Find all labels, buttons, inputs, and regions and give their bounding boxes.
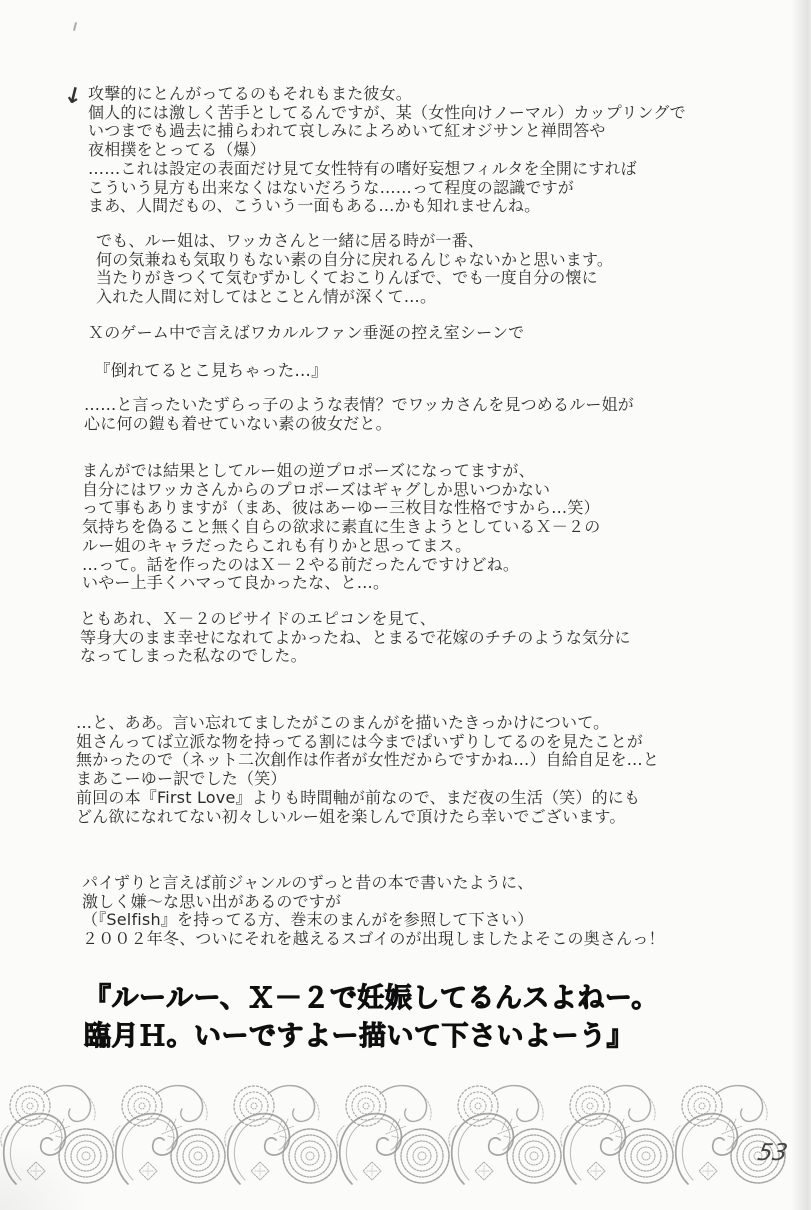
scan-speck [73,22,77,31]
text-line: 心に何の鎧も着せていない素の彼女だと。 [84,415,634,434]
scan-edge-shadow [791,0,811,1210]
headline-line: 臨月Ｈ。いーですよー描いて下さいよーう』 [84,1018,659,1056]
decorative-paisley-border [0,1076,811,1188]
paragraph-5: ……と言ったいたずらっ子のような表情？でワッカさんを見つめるルー姐が 心に何の鎧… [84,396,634,433]
text-line: ……と言ったいたずらっ子のような表情？でワッカさんを見つめるルー姐が [84,396,634,415]
text-line: 自分にはワッカさんからのプロポーズはギャグしか思いつかない [82,481,600,500]
text-line: 個人的には激しく苦手としてるんですが、某（女性向けノーマル）カップリングで [88,104,686,123]
page-number: 53 [756,1140,790,1166]
text-line: でも、ルー姐は、ワッカさんと一緒に居る時が一番、 [96,232,613,251]
text-line: Ｘのゲーム中で言えばワカルルファン垂涎の控え室シーンで [88,324,524,343]
paragraph-2: でも、ルー姐は、ワッカさんと一緒に居る時が一番、 何の気兼ねも気取りもない素の自… [96,232,613,307]
paragraph-9: パイずりと言えば前ジャンルのずっと昔の本で書いたように、 激しく嫌〜な思い出があ… [82,874,665,949]
text-line: 前回の本『First Love』よりも時間軸が前なので、まだ夜の生活（笑）的にも [76,789,659,808]
text-line: ともあれ、Ｘ－２のビサイドのエピコンを見て、 [80,610,631,629]
text-line: （『Selfish』を持ってる方、巻末のまんがを参照して下さい） [82,911,665,930]
headline-line: 『ルールー、Ｘ－２で妊娠してるんスよねー。 [84,980,659,1018]
text-line: ２００２年冬、ついにそれを越えるスゴイのが出現しましたよそこの奥さんっ！ [82,930,665,949]
text-line: いつまでも過去に捕らわれて哀しみによろめいて紅オジサンと禅問答や [88,122,686,141]
text-line: まあ、人間だもの、こういう一面もある…かも知れませんね。 [88,197,686,216]
text-line: 入れた人間に対してはとことん情が深くて…。 [96,288,613,307]
text-line: まあこーゆー訳でした（笑） [76,770,659,789]
text-line: いやー上手くハマって良かったな、と…。 [82,574,600,593]
paragraph-7: ともあれ、Ｘ－２のビサイドのエピコンを見て、 等身大のまま幸せになれてよかったね… [80,610,631,666]
text-line: パイずりと言えば前ジャンルのずっと昔の本で書いたように、 [82,874,665,893]
text-line: ……これは設定の表面だけ見て女性特有の嗜好妄想フィルタを全開にすれば [88,160,686,179]
text-line: こういう見方も出来なくはないだろうな……って程度の認識ですが [88,179,686,198]
paragraph-4-quote: 『倒れてるとこ見ちゃった…』 [94,362,328,381]
text-line: 等身大のまま幸せになれてよかったね、とまるで花嫁のチチのような気分に [80,629,631,648]
text-line: ルー姐のキャラだったらこれも有りかと思ってまス。 [82,537,600,556]
down-arrow-mark: ↓ [61,82,85,111]
text-line: …って。話を作ったのはＸ－２やる前だったんですけどね。 [82,556,600,575]
text-line: どん欲になれてない初々しいルー姐を楽しんで頂けたら幸いでございます。 [76,808,659,827]
paragraph-3: Ｘのゲーム中で言えばワカルルファン垂涎の控え室シーンで [88,324,524,343]
text-line: 夜相撲をとってる（爆） [88,141,686,160]
text-line: まんがでは結果としてルー姐の逆プロポーズになってますが、 [82,462,600,481]
text-line: …と、ああ。言い忘れてましたがこのまんがを描いたきっかけについて。 [76,714,659,733]
text-line: 激しく嫌〜な思い出があるのですが [82,893,665,912]
scanned-afterword-page: ↓ 攻撃的にとんがってるのもそれもまた彼女。 個人的には激しく苦手としてるんです… [0,0,811,1210]
headline-quote: 『ルールー、Ｘ－２で妊娠してるんスよねー。 臨月Ｈ。いーですよー描いて下さいよー… [84,980,659,1056]
paisley-border-graphic [0,1076,811,1188]
text-line: 攻撃的にとんがってるのもそれもまた彼女。 [88,85,686,104]
paragraph-6: まんがでは結果としてルー姐の逆プロポーズになってますが、 自分にはワッカさんから… [82,462,600,593]
text-line: 気持ちを偽ること無く自らの欲求に素直に生きようとしているＸ－２の [82,518,600,537]
text-line: 姐さんってば立派な物を持ってる割には今までぱいずりしてるのを見たことが [76,733,659,752]
text-line: って事もありますが（まあ、彼はあーゆー三枚目な性格ですから…笑） [82,499,600,518]
text-line: 『倒れてるとこ見ちゃった…』 [94,362,328,381]
text-line: 何の気兼ねも気取りもない素の自分に戻れるんじゃないかと思います。 [96,251,613,270]
text-line: 無かったので（ネット二次創作は作者が女性だからですかね…）自給自足を…と [76,751,659,770]
paragraph-8: …と、ああ。言い忘れてましたがこのまんがを描いたきっかけについて。 姐さんってば… [76,714,659,826]
text-line: なってしまった私なのでした。 [80,647,631,666]
text-line: 当たりがきつくて気むずかしくておこりんぼで、でも一度自分の懐に [96,269,613,288]
paragraph-1: 攻撃的にとんがってるのもそれもまた彼女。 個人的には激しく苦手としてるんですが、… [88,85,686,216]
